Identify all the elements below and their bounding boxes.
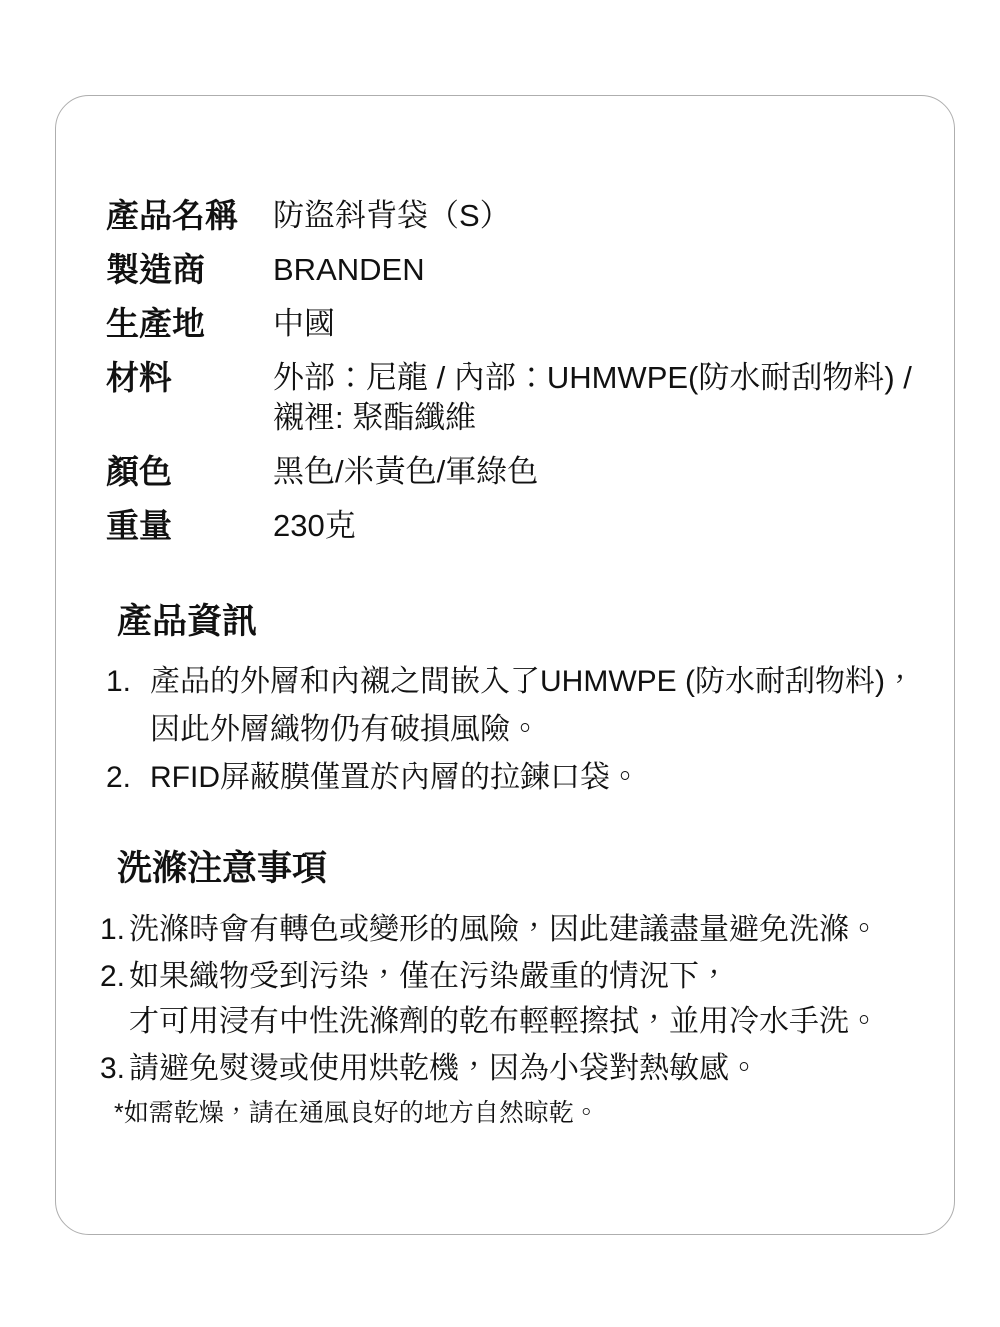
washing-notes-heading: 洗滌注意事項	[117, 847, 942, 891]
spec-value: 外部：尼龍 / 內部：UHMWPE(防水耐刮物料) / 襯裡: 聚酯纖維	[273, 358, 912, 438]
spec-label: 製造商	[106, 250, 273, 290]
product-info-card: 產品名稱 防盜斜背袋（S） 製造商 BRANDEN 生產地 中國 材料 外部：尼…	[55, 95, 955, 1235]
list-item-text: 產品的外層和內襯之間嵌入了UHMWPE (防水耐刮物料)， 因此外層織物仍有破損…	[150, 658, 915, 754]
list-item-number: 1.	[106, 658, 150, 706]
spec-row-material: 材料 外部：尼龍 / 內部：UHMWPE(防水耐刮物料) / 襯裡: 聚酯纖維	[106, 358, 942, 438]
list-item-text: RFID屏蔽膜僅置於內層的拉鍊口袋。	[150, 754, 640, 802]
spec-row-color: 顏色 黑色/米黃色/軍綠色	[106, 452, 942, 492]
washing-notes-list: 1. 洗滌時會有轉色或變形的風險，因此建議盡量避免洗滌。 2. 如果織物受到污染…	[100, 907, 942, 1091]
spec-row-manufacturer: 製造商 BRANDEN	[106, 250, 942, 290]
list-item-text: 洗滌時會有轉色或變形的風險，因此建議盡量避免洗滌。	[129, 907, 879, 952]
list-item: 2. 如果織物受到污染，僅在污染嚴重的情況下， 才可用浸有中性洗滌劑的乾布輕輕擦…	[100, 954, 942, 1044]
list-item: 3. 請避免熨燙或使用烘乾機，因為小袋對熱敏感。	[100, 1046, 942, 1091]
list-item-text: 請避免熨燙或使用烘乾機，因為小袋對熱敏感。	[129, 1046, 759, 1091]
list-item-number: 3.	[100, 1046, 129, 1091]
spec-value: 防盜斜背袋（S）	[273, 196, 511, 236]
list-item-number: 2.	[106, 754, 150, 802]
list-item-number: 2.	[100, 954, 129, 999]
spec-value: 230克	[273, 506, 356, 546]
spec-label: 顏色	[106, 452, 273, 492]
list-item: 1. 產品的外層和內襯之間嵌入了UHMWPE (防水耐刮物料)， 因此外層織物仍…	[106, 658, 942, 754]
spec-row-product-name: 產品名稱 防盜斜背袋（S）	[106, 196, 942, 236]
spec-row-weight: 重量 230克	[106, 506, 942, 546]
list-item: 1. 洗滌時會有轉色或變形的風險，因此建議盡量避免洗滌。	[100, 907, 942, 952]
spec-label: 材料	[106, 358, 273, 398]
spec-value: 中國	[273, 304, 335, 344]
product-info-heading: 產品資訊	[117, 600, 942, 644]
spec-label: 重量	[106, 506, 273, 546]
spec-table: 產品名稱 防盜斜背袋（S） 製造商 BRANDEN 生產地 中國 材料 外部：尼…	[106, 196, 942, 546]
page-background: 產品名稱 防盜斜背袋（S） 製造商 BRANDEN 生產地 中國 材料 外部：尼…	[0, 0, 1000, 1327]
list-item-text: 如果織物受到污染，僅在污染嚴重的情況下， 才可用浸有中性洗滌劑的乾布輕輕擦拭，並…	[129, 954, 879, 1044]
drying-note: *如需乾燥，請在通風良好的地方自然晾乾。	[114, 1093, 942, 1133]
spec-label: 產品名稱	[106, 196, 273, 236]
list-item-number: 1.	[100, 907, 129, 952]
spec-value: 黑色/米黃色/軍綠色	[273, 452, 538, 492]
list-item: 2. RFID屏蔽膜僅置於內層的拉鍊口袋。	[106, 754, 942, 802]
spec-row-origin: 生產地 中國	[106, 304, 942, 344]
product-info-list: 1. 產品的外層和內襯之間嵌入了UHMWPE (防水耐刮物料)， 因此外層織物仍…	[106, 658, 942, 802]
spec-value: BRANDEN	[273, 250, 425, 290]
spec-label: 生產地	[106, 304, 273, 344]
